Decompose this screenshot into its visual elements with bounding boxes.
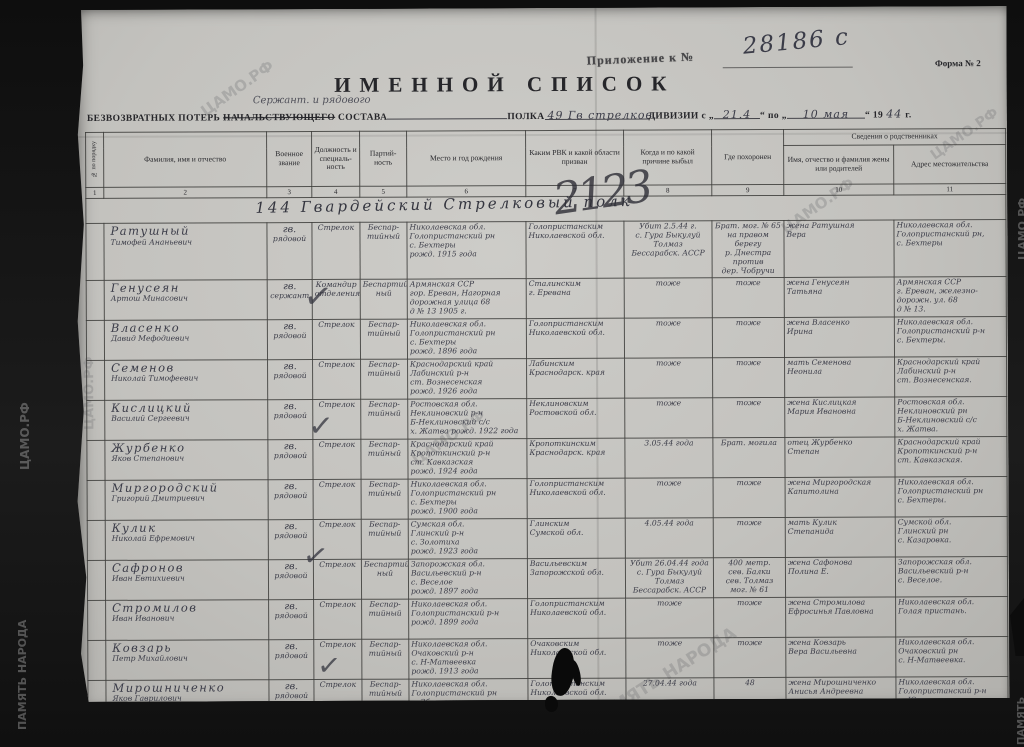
cell-party: Беспар- тийный [361,359,408,399]
col-group-relatives: Сведения о родственниках [784,128,1006,145]
cell-duty: Стрелок [312,222,360,279]
date-from-handwritten: 21.4 [720,108,755,121]
cell-name: Миргородский Григорий Дмитриевич [105,479,268,520]
col-header-address: Адрес местожительства [894,144,1006,183]
cell-when: тоже [625,397,713,437]
cell-where: Брат. могила [713,437,785,477]
col-header-duty: Должность и специаль- ность [312,131,360,186]
cell-rvk: Неклиновским Ростовской обл. [527,398,625,438]
cell-relative: жена Власенко Ирина [784,317,894,357]
cell-num [88,640,106,680]
handwritten-correction: Сержант. и рядового [253,95,371,107]
cell-where: 48 [714,677,786,717]
table-body: 144 Гвардейский Стрелковый полк Ратушный… [86,194,1008,720]
cell-relative: жена Ковзарь Вера Васильевна [786,637,896,677]
col-header-birth: Место и год рождения [407,131,526,187]
watermark-pamyat: ПАМЯТЬ НАРОДА [1016,696,1024,745]
col-num: 9 [712,184,784,195]
cell-where: Брат. мог. № 65 на правом берегу р. Днес… [712,220,784,277]
cell-address: Николаевская обл. Голопристанский рн, с.… [894,219,1006,276]
cell-num [87,560,105,600]
cell-rank: гв. рядовой [269,599,314,639]
cell-party: Беспартий- ный [360,279,407,319]
table-row: Семенов Николай Тимофеевичгв. рядовойСтр… [87,356,1007,400]
cell-party: Беспар- тийный [361,519,408,559]
cell-relative: жена Ратушная Вера [784,220,894,277]
watermark-camo: ЦАМО.РФ [1016,198,1024,260]
col-header-relative: Имя, отчество и фамилия жены или родител… [784,145,894,184]
cell-num [87,440,105,480]
annex-underline [723,67,853,69]
cell-birth: Краснодарский край Кропоткинский р-н ст.… [408,438,527,479]
cell-when: тоже [625,477,713,517]
col-header-rank: Военное звание [267,132,312,187]
table-row: Миргородский Григорий Дмитриевичгв. рядо… [87,476,1007,520]
cell-birth: Сумская обл. Глинский р-н с. Золотиха ро… [408,518,527,559]
cell-rvk: Голопристанским Николаевской обл. [526,221,624,278]
watermark-pamyat: ПАМЯТЬ НАРОДА [16,620,29,730]
cell-address: Армянская ССР г. Ереван, железно- дорожн… [894,276,1006,316]
col-header-index: № по порядку [86,132,104,187]
cell-num [87,520,105,560]
cell-rvk: Голопристанским Николаевской обл. [528,598,626,638]
cell-num [88,600,106,640]
col-header-party: Партий- ность [360,131,407,186]
pen-checkmark: ✓ [307,408,334,445]
subtitle-year-suffix: г. [905,110,911,120]
cell-rvk: Голопристанским Николаевской обл. [526,318,624,358]
cell-num [86,320,104,360]
cell-name: Кулик Николай Ефремович [105,519,268,560]
cell-when: тоже [626,597,714,637]
cell-birth: Николаевская обл. Голопристанский рн с. … [407,222,526,279]
cell-rvk: Васильевским Запорожской обл. [527,558,625,598]
scanned-document: ЦАМО.РФ ПАМЯТЬ НАРОДА ЦАМО.РФ ПАМЯТЬ НАР… [0,0,1024,747]
annex-stamp-label: Приложение к № [586,49,694,68]
cell-relative: жена Мирошниченко Анисья Андреевна [786,677,896,717]
col-num: 1 [86,187,104,198]
cell-num [87,480,105,520]
cell-name: Стромилов Иван Иванович [106,599,269,640]
cell-num [86,280,104,320]
cell-party: Беспар- тийный [361,439,408,479]
table-row: Ратушный Тимофей Ананьевичгв. рядовойСтр… [86,219,1006,280]
cell-name: Кислицкий Василий Сергеевич [105,399,268,440]
cell-when: Убит 2.5.44 г. с. Гура Быкулуй Толмаз Бе… [624,221,712,278]
cell-birth: Запорожская обл. Васильевский р-н с. Вес… [408,558,527,599]
document-subtitle: БЕЗВОЗВРАТНЫХ ПОТЕРЬ НАЧАЛЬСТВУЮЩЕГО СОС… [87,106,999,124]
table-row: Власенко Давид Мефодиевичгв. рядовойСтре… [86,316,1006,360]
cell-duty: Стрелок [314,679,362,719]
annex-number-handwritten: 28186 с [742,24,851,60]
polk-number-handwritten: 49 Гв стрелков. [544,108,660,122]
cell-birth: Армянская ССР гор. Ереван, Нагорная доро… [407,278,526,319]
cell-address: Николаевская обл. Голопристанский р-н с.… [896,676,1008,716]
subtitle-polka-label: ПОЛКА [507,112,544,122]
cell-rvk: Сталинским г. Еревана [526,278,624,318]
cell-duty: Стрелок [314,599,362,639]
cell-address: Николаевская обл. Голая пристань. [896,596,1008,636]
cell-rvk: Голопристанским Николаевской обл. [527,478,625,518]
cell-address: Краснодарский край Кропоткинский р-н ст.… [895,436,1007,476]
cell-birth: Николаевская обл. Голопристанский р-н ро… [409,598,528,639]
cell-name: Власенко Давид Мефодиевич [104,319,267,360]
cell-name: Ковзарь Петр Михайлович [106,639,269,680]
cell-when: тоже [626,637,714,677]
subtitle-division-label: ДИВИЗИИ с [648,111,706,121]
cell-party: Беспар- тийный [361,399,408,439]
cell-party: Беспар- тийный [360,319,407,359]
cell-rvk: Лабинским Краснодарск. края [527,358,625,398]
table-row: Стромилов Иван Ивановичгв. рядовойСтрело… [88,596,1008,640]
form-number: Форма № 2 [935,58,981,68]
cell-num [87,360,105,400]
cell-rank: гв. рядовой [268,439,313,479]
cell-when: Убит 26.04.44 года с. Гура Быкулуй Толма… [625,557,713,597]
col-header-name: Фамилия, имя и отчество [104,132,267,188]
cell-relative: жена Сафонова Полина Е. [785,557,895,597]
cell-birth: Ростовская обл. Неклиновский р-н Б-Некли… [408,398,527,439]
col-num: 3 [267,187,312,198]
cell-party: Беспартий- ный [361,559,408,599]
blank-line [387,108,507,120]
subtitle-year-prefix: 19 [873,111,883,121]
cell-when: 27.04.44 года [626,677,714,717]
subtitle-losses: БЕЗВОЗВРАТНЫХ ПОТЕРЬ [87,113,220,124]
pen-checkmark: ✓ [316,648,343,683]
cell-rank: гв. рядовой [269,639,314,679]
cell-when: тоже [624,277,712,317]
cell-when: 3.05.44 года [625,437,713,477]
cell-when: тоже [624,317,712,357]
cell-relative: мать Семенова Неонила [785,357,895,397]
subtitle-struck-word: НАЧАЛЬСТВУЮЩЕГО [223,113,335,123]
cell-where: тоже [712,277,784,317]
cell-rank: гв. рядовой [268,399,313,439]
cell-rank: гв. рядовой [268,479,313,519]
col-num: 11 [894,183,1006,194]
col-num: 2 [104,187,267,199]
pen-checkmark: ✓ [301,275,335,318]
cell-birth: Николаевская обл. Очаковский р-н с. Н-Ма… [409,638,528,679]
cell-address: Николаевская обл. Голопристанский р-н с.… [894,316,1006,356]
cell-birth: Николаевская обл. Голопристанский рн с. … [409,678,528,719]
cell-relative: жена Стромилова Ефросинья Павловна [786,597,896,637]
table-header: № по порядку Фамилия, имя и отчество Вое… [86,128,1006,198]
cell-name: Семенов Николай Тимофеевич [105,359,268,400]
cell-name: Ратушный Тимофей Ананьевич [104,223,267,280]
document-page: ЦАМО.РФ ЦАМО.РФ ЦАМО.РФ ЦАМО.РФ ПАМЯТЬ Н… [74,6,1009,702]
cell-num [86,223,104,280]
col-header-where: Где похоронен [712,129,784,184]
document-title: ИМЕННОЙ СПИСОК [75,70,935,99]
cell-name: Журбенко Яков Степанович [105,439,268,480]
cell-party: Беспар- тийный [361,479,408,519]
losses-table-wrapper: № по порядку Фамилия, имя и отчество Вое… [85,128,1008,721]
cell-rvk: Кропоткинским Краснодарск. края [527,438,625,478]
cell-birth: Краснодарский край Лабинский р-н ст. Воз… [408,358,527,399]
table-row: Журбенко Яков Степановичгв. рядовойСтрел… [87,436,1007,480]
cell-name: Сафронов Иван Евтихиевич [105,559,268,600]
subtitle-po-label: по [768,111,779,121]
cell-relative: жена Миргородская Капитолина [785,477,895,517]
cell-where: тоже [713,357,785,397]
ink-blot [545,696,558,712]
cell-address: Запорожская обл. Васильевский р-н с. Вес… [895,556,1007,596]
table-row: Сафронов Иван Евтихиевичгв. рядовойСтрел… [87,556,1007,600]
cell-where: тоже [714,637,786,677]
cell-party: Беспар- тийный [362,679,409,719]
cell-relative: мать Кулик Степанида [785,517,895,557]
cell-where: тоже [714,597,786,637]
cell-where: тоже [712,317,784,357]
cell-address: Ростовская обл. Неклиновский рн Б-Неклин… [895,396,1007,436]
cell-num [87,400,105,440]
cell-where: 400 метр. сев. Балки сев. Толмаз мог. № … [713,557,785,597]
cell-duty: Стрелок [313,359,361,399]
cell-rank: гв. рядовой [268,359,313,399]
torn-edge [1010,598,1024,656]
cell-address: Краснодарский край Лабинский р-н ст. Воз… [895,356,1007,396]
table-row: Генусеян Артош Минасовичгв. сержантКоман… [86,276,1006,320]
cell-where: тоже [713,477,785,517]
cell-duty: Стрелок [313,479,361,519]
col-num: 10 [784,184,894,195]
cell-where: тоже [713,517,785,557]
cell-party: Беспар- тийный [362,639,409,679]
cell-party: Беспар- тийный [360,222,407,279]
cell-relative: жена Генусеян Татьяна [784,277,894,317]
cell-rank: гв. рядовой [267,319,312,359]
losses-table: № по порядку Фамилия, имя и отчество Вое… [85,128,1009,721]
cell-party: Беспар- тийный [362,599,409,639]
cell-address: Николаевская обл. Очаковский рн с. Н-Мат… [896,636,1008,676]
cell-rank: гв. рядовой [269,679,314,719]
col-num: 4 [312,186,360,197]
cell-when: тоже [625,357,713,397]
table-row: Ковзарь Петр Михайловичгв. рядовойСтрело… [88,636,1008,680]
cell-rvk: Глинским Сумской обл. [527,518,625,558]
cell-when: 4.05.44 года [625,517,713,557]
table-row: Кулик Николай Ефремовичгв. рядовойСтрело… [87,516,1007,560]
cell-duty: Стрелок [312,319,360,359]
cell-birth: Николаевская обл. Голопристанский рн с. … [408,478,527,519]
cell-rank: гв. рядовой [267,223,312,280]
subtitle-sostava: СОСТАВА [338,113,387,123]
cell-where: тоже [713,397,785,437]
cell-duty: Стрелок [313,439,361,479]
cell-relative: жена Кислицкая Мария Ивановна [785,397,895,437]
cell-address: Николаевская обл. Голопристанский рн с. … [895,476,1007,516]
cell-num [88,680,106,720]
date-to-handwritten: 10 мая [800,108,853,121]
watermark-camo: ЦАМО.РФ [18,402,32,470]
year-handwritten: 44 [883,107,905,120]
cell-name: Генусеян Артош Минасович [104,279,267,320]
cell-relative: отец Журбенко Степан [785,437,895,477]
cell-birth: Николаевская обл. Голопристанский рн с. … [407,318,526,359]
cell-name: Мирошниченко Яков Гаврилович [106,679,269,720]
table-row: Кислицкий Василий Сергеевичгв. рядовойСт… [87,396,1007,440]
cell-address: Сумской обл. Глинский рн с. Казаровка. [895,516,1007,556]
